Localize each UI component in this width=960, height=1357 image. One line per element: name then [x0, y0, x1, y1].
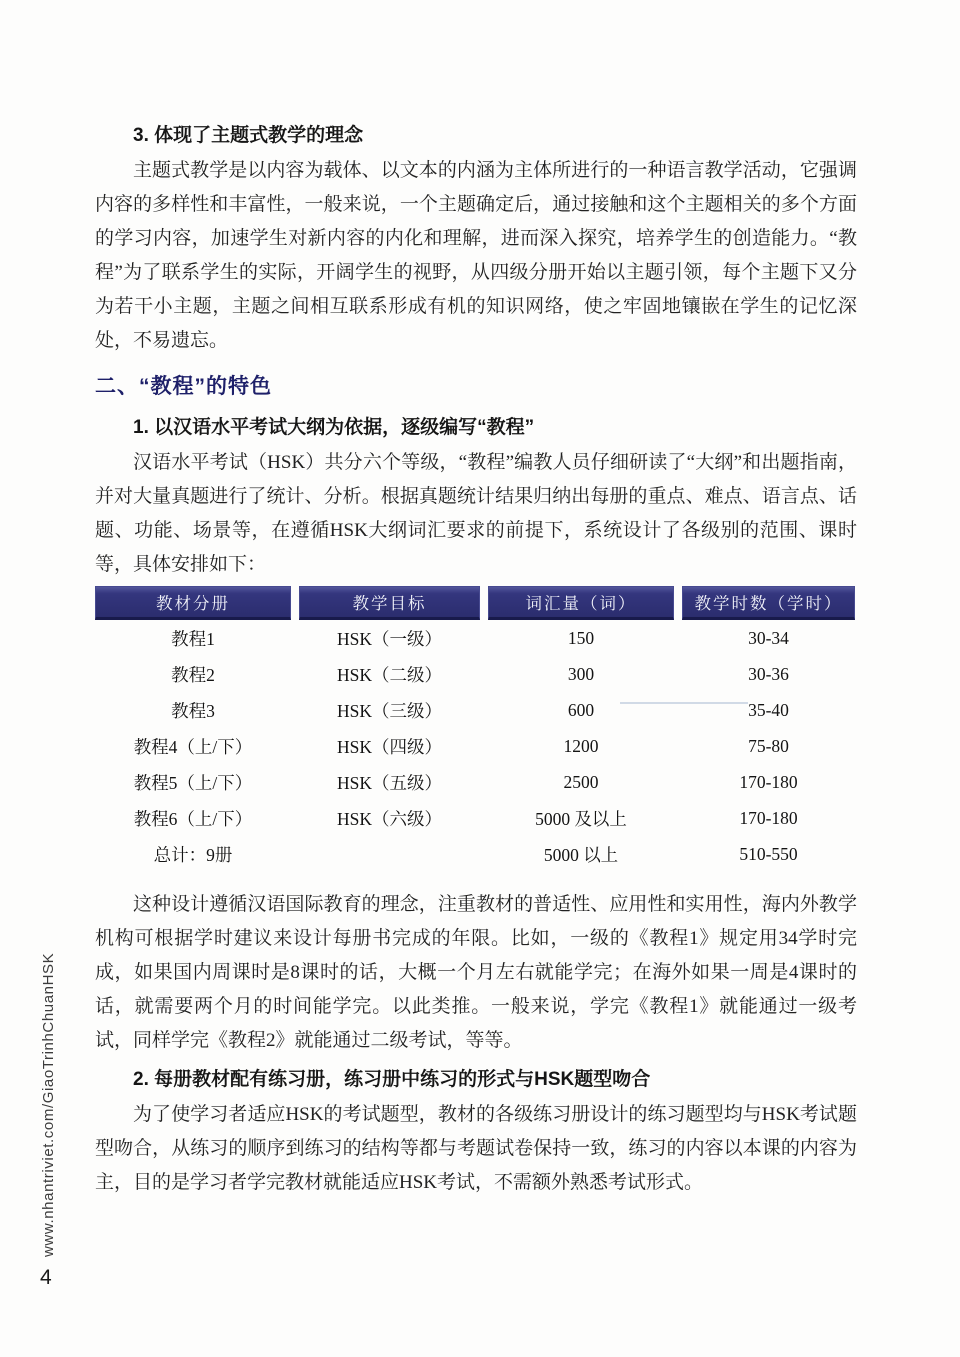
table-cell: 600 [488, 692, 674, 728]
table-header-cell: 词汇量（词） [488, 586, 674, 620]
subsection-heading-3: 3. 体现了主题式教学的理念 [95, 120, 857, 152]
table-cell: 教程3 [95, 692, 291, 728]
table-cell: HSK（三级） [299, 692, 480, 728]
table-cell: 35-40 [682, 692, 855, 728]
body-paragraph-design-rationale: 这种设计遵循汉语国际教育的理念，注重教材的普适性、应用性和实用性，海内外教学机构… [95, 888, 857, 1058]
table-row: 教程4（上/下） HSK（四级） 1200 75-80 [95, 728, 857, 764]
table-row: 教程5（上/下） HSK（五级） 2500 170-180 [95, 764, 857, 800]
table-cell: 300 [488, 656, 674, 692]
subsection-heading-1: 1. 以汉语水平考试大纲为依据，逐级编写“教程” [95, 412, 857, 444]
table-cell: 1200 [488, 728, 674, 764]
table-cell: 总计：9册 [95, 836, 291, 872]
table-cell: 教程5（上/下） [95, 764, 291, 800]
table-row: 教程1 HSK（一级） 150 30-34 [95, 620, 857, 656]
table-cell: 170-180 [682, 764, 855, 800]
table-row: 教程6（上/下） HSK（六级） 5000 及以上 170-180 [95, 800, 857, 836]
body-paragraph-hsk-levels: 汉语水平考试（HSK）共分六个等级，“教程”编教人员仔细研读了“大纲”和出题指南… [95, 446, 857, 582]
materials-table: 教材分册 教学目标 词汇量（词） 教学时数（学时） 教程1 HSK（一级） 15… [95, 586, 857, 872]
table-cell: 教程1 [95, 620, 291, 656]
table-cell: 教程6（上/下） [95, 800, 291, 836]
subsection-heading-2: 2. 每册教材配有练习册，练习册中练习的形式与HSK题型吻合 [95, 1064, 857, 1096]
scan-artifact-line [620, 702, 748, 704]
page-number: 4 [40, 1266, 52, 1290]
table-header-row: 教材分册 教学目标 词汇量（词） 教学时数（学时） [95, 586, 857, 620]
table-cell: 教程2 [95, 656, 291, 692]
table-cell: 75-80 [682, 728, 855, 764]
table-cell: 30-36 [682, 656, 855, 692]
table-row-total: 总计：9册 5000 以上 510-550 [95, 836, 857, 872]
table-cell [299, 836, 480, 872]
table-cell: 5000 及以上 [488, 800, 674, 836]
section-heading-part2: 二、“教程”的特色 [95, 372, 857, 402]
table-cell: 30-34 [682, 620, 855, 656]
body-paragraph-theme-teaching: 主题式教学是以内容为载体、以文本的内涵为主体所进行的一种语言教学活动，它强调内容… [95, 154, 857, 358]
table-cell: 150 [488, 620, 674, 656]
table-cell: HSK（二级） [299, 656, 480, 692]
sidebar-url: www.nhantriviet.com/GiaoTrinhChuanHSK [40, 953, 57, 1257]
table-cell: HSK（六级） [299, 800, 480, 836]
table-header-cell: 教学目标 [299, 586, 480, 620]
table-cell: 2500 [488, 764, 674, 800]
table-cell: HSK（一级） [299, 620, 480, 656]
body-paragraph-workbooks: 为了使学习者适应HSK的考试题型，教材的各级练习册设计的练习题型均与HSK考试题… [95, 1098, 857, 1200]
table-row: 教程2 HSK（二级） 300 30-36 [95, 656, 857, 692]
table-cell: 5000 以上 [488, 836, 674, 872]
table-header-cell: 教材分册 [95, 586, 291, 620]
table-cell: HSK（五级） [299, 764, 480, 800]
table-cell: HSK（四级） [299, 728, 480, 764]
page-content: 3. 体现了主题式教学的理念 主题式教学是以内容为载体、以文本的内涵为主体所进行… [95, 120, 857, 1200]
table-cell: 教程4（上/下） [95, 728, 291, 764]
document-page: 3. 体现了主题式教学的理念 主题式教学是以内容为载体、以文本的内涵为主体所进行… [0, 0, 960, 1357]
table-cell: 170-180 [682, 800, 855, 836]
table-cell: 510-550 [682, 836, 855, 872]
table-header-cell: 教学时数（学时） [682, 586, 855, 620]
table-row: 教程3 HSK（三级） 600 35-40 [95, 692, 857, 728]
